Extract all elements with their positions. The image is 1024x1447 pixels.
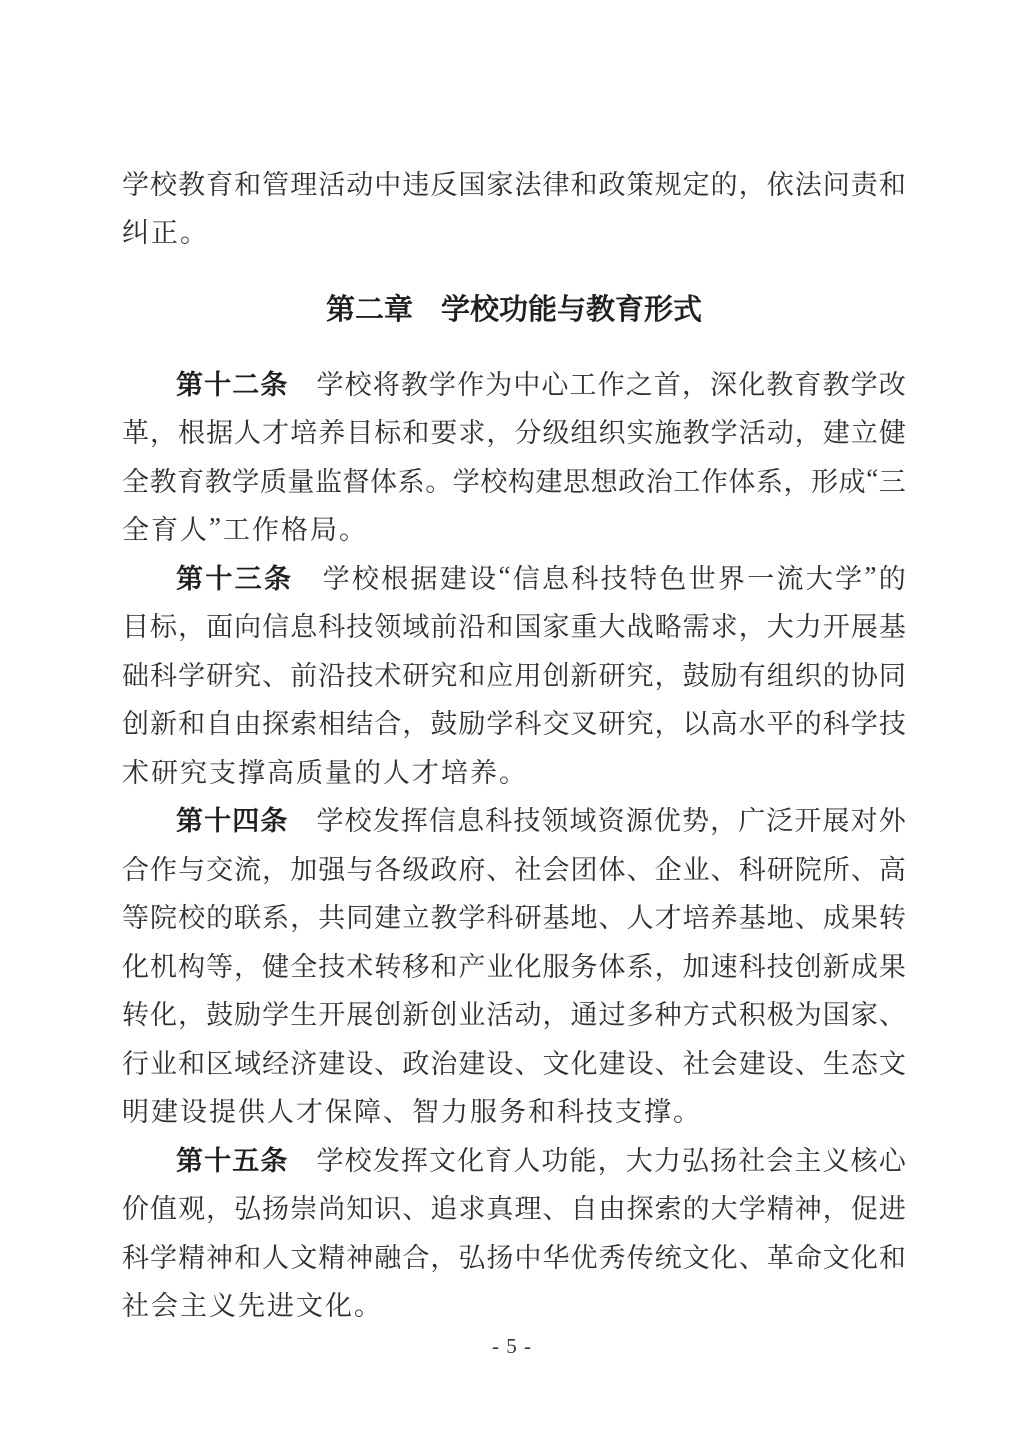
article-number-char: 十 [204,363,231,402]
body-paragraph: 学校教育和管理活动中违反国家法律和政策规定的，依法问责和纠正。 [122,158,906,255]
text-line: 革，根据人才培养目标和要求，分级组织实施教学活动，建立健 [122,407,906,456]
article-number-char: 第 [176,799,203,838]
text-line: 行业和区域经济建设、政治建设、文化建设、社会建设、生态文 [122,1037,906,1086]
text-line: 价值观，弘扬崇尚知识、追求真理、自由探索的大学精神，促进 [122,1183,906,1232]
article-number-char: 二 [232,363,259,402]
article-number-char: 十 [204,799,231,838]
article-number-char: 三 [235,557,262,596]
article-number-char: 条 [260,1139,287,1178]
article-number-char: 第 [176,363,203,402]
article-paragraph: 第十四条学校发挥信息科技领域资源优势，广泛开展对外合作与交流，加强与各级政府、社… [122,795,906,1135]
text-line: 等院校的联系，共同建立教学科研基地、人才培养基地、成果转 [122,892,906,941]
text-line: 转化，鼓励学生开展创新创业活动，通过多种方式积极为国家、 [122,989,906,1038]
term-gap [288,1158,315,1159]
text-line: 化机构等，健全技术转移和产业化服务体系，加速科技创新成果 [122,940,906,989]
article-number-char: 十 [204,1139,231,1178]
article-number-char: 十 [205,557,232,596]
text-line: 科学精神和人文精神融合，弘扬中华优秀传统文化、革命文化和 [122,1231,906,1280]
text-line: 纠正。 [122,207,906,256]
text-line: 第十二条学校将教学作为中心工作之首，深化教育教学改 [122,358,906,407]
article-number-char: 第 [176,1139,203,1178]
article-number-char: 第 [176,557,203,596]
article-paragraph: 第十三条学校根据建设“信息科技特色世界一流大学”的目标，面向信息科技领域前沿和国… [122,552,906,795]
text-line: 明建设提供人才保障、智力服务和科技支撑。 [122,1086,906,1135]
article-number-char: 条 [260,799,287,838]
term-gap [288,818,315,819]
chapter-title: 学校功能与教育形式 [441,287,702,328]
text-line: 合作与交流，加强与各级政府、社会团体、企业、科研院所、高 [122,843,906,892]
text-line: 第十四条学校发挥信息科技领域资源优势，广泛开展对外 [122,795,906,844]
article-paragraph: 第十二条学校将教学作为中心工作之首，深化教育教学改革，根据人才培养目标和要求，分… [122,358,906,552]
text-line: 学校教育和管理活动中违反国家法律和政策规定的，依法问责和 [122,158,906,207]
chapter-heading: 第二章学校功能与教育形式 [122,282,906,332]
text-line: 创新和自由探索相结合，鼓励学科交叉研究，以高水平的科学技 [122,698,906,747]
document-body: 学校教育和管理活动中违反国家法律和政策规定的，依法问责和纠正。第二章学校功能与教… [122,158,906,1328]
text-line: 全教育教学质量监督体系。学校构建思想政治工作体系，形成“三 [122,455,906,504]
text-line: 全育人”工作格局。 [122,504,906,553]
chapter-number: 第二章 [326,287,413,328]
page-number: - 5 - [0,1331,1024,1361]
text-line: 目标，面向信息科技领域前沿和国家重大战略需求，大力开展基 [122,601,906,650]
text-line: 第十三条学校根据建设“信息科技特色世界一流大学”的 [122,552,906,601]
term-gap [288,382,315,383]
text-line: 社会主义先进文化。 [122,1280,906,1329]
text-line: 第十五条学校发挥文化育人功能，大力弘扬社会主义核心 [122,1134,906,1183]
article-number-char: 条 [264,557,291,596]
document-page: { "page": { "background": "#ffffff", "bo… [0,0,1024,1447]
term-gap [293,576,320,577]
article-paragraph: 第十五条学校发挥文化育人功能，大力弘扬社会主义核心价值观，弘扬崇尚知识、追求真理… [122,1134,906,1328]
text-line: 术研究支撑高质量的人才培养。 [122,746,906,795]
article-number-char: 条 [260,363,287,402]
article-number-char: 四 [232,799,259,838]
heading-gap [413,307,441,308]
text-line: 础科学研究、前沿技术研究和应用创新研究，鼓励有组织的协同 [122,649,906,698]
article-number-char: 五 [232,1139,259,1178]
